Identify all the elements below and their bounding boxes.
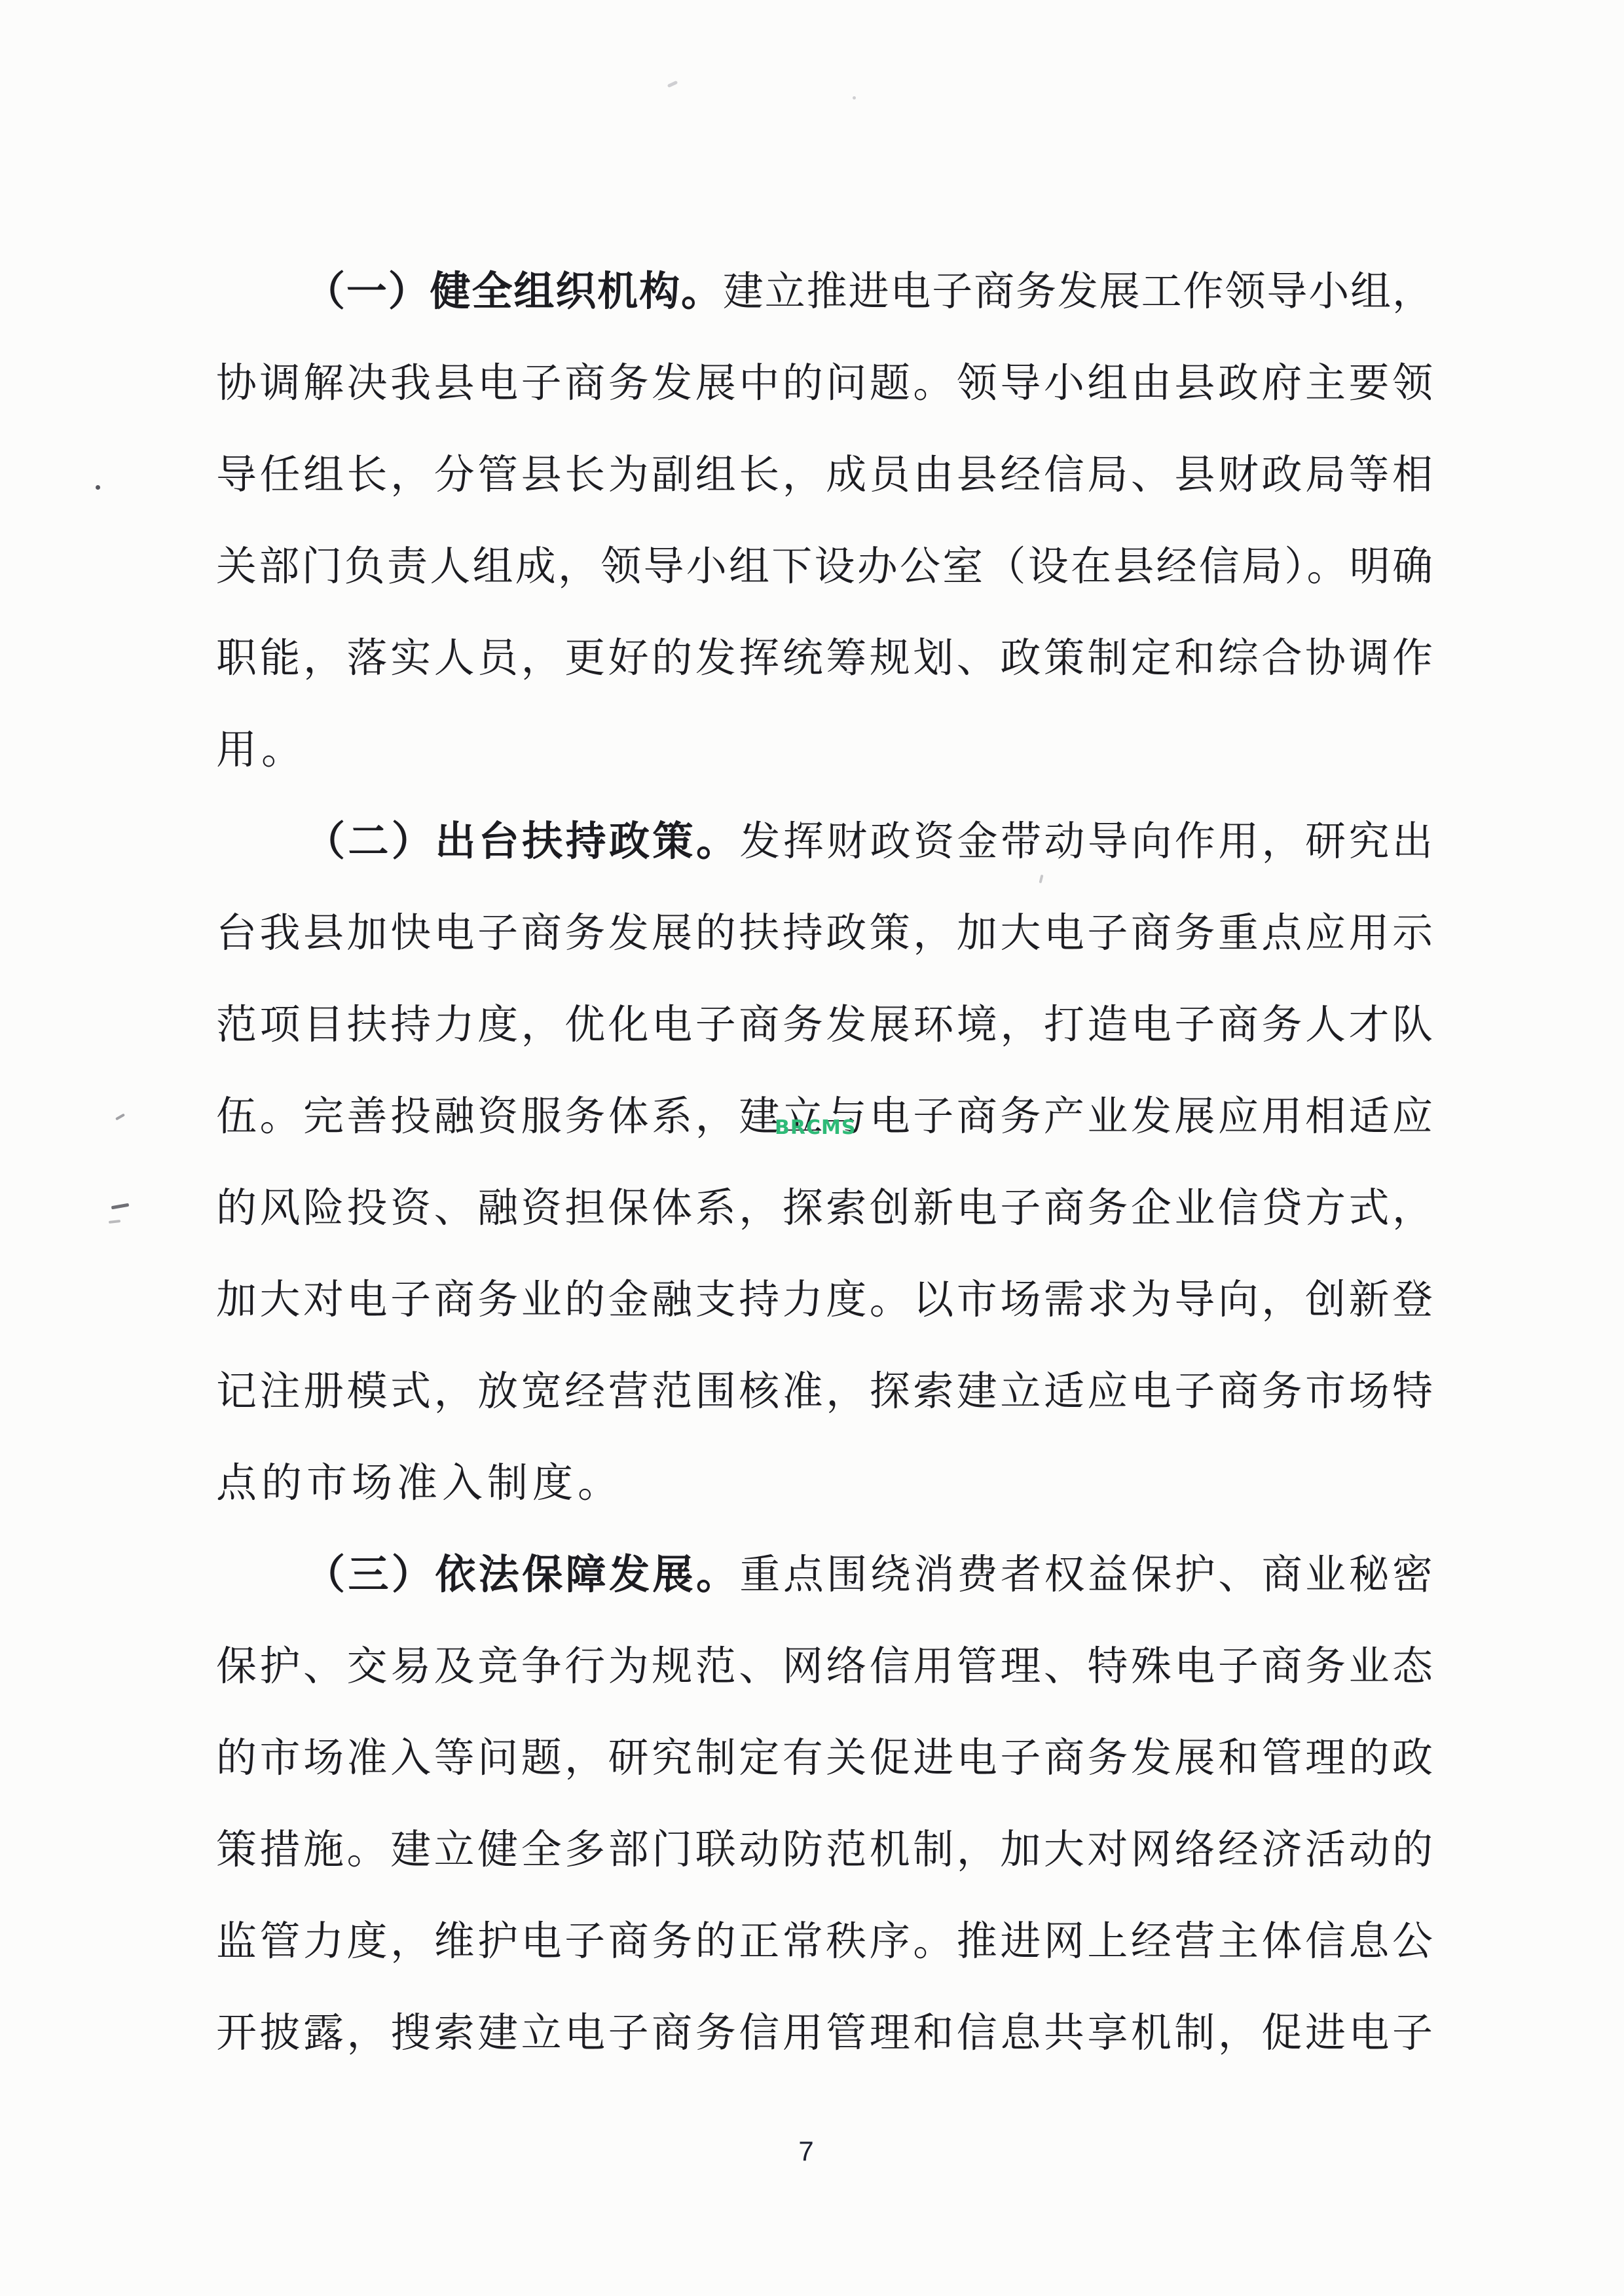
paragraph-text: 建立推进电子商务发展工作领导小组， <box>723 270 1433 314</box>
document-body: （一）健全组织机构。建立推进电子商务发展工作领导小组， 协调解决我县电子商务发展… <box>216 246 1433 2079</box>
paragraph-heading: （三）依法保障发展。 <box>304 1553 739 1597</box>
text-line: 范项目扶持力度，优化电子商务发展环境，打造电子商务人才队 <box>216 979 1433 1071</box>
paragraph-text: 发挥财政资金带动导向作用，研究出 <box>739 820 1433 864</box>
text-line: 导任组长，分管县长为副组长，成员由县经信局、县财政局等相 <box>216 429 1433 521</box>
text-line: （一）健全组织机构。建立推进电子商务发展工作领导小组， <box>216 246 1433 338</box>
text-line: 点的市场准入制度。 <box>216 1438 1433 1529</box>
document-page: （一）健全组织机构。建立推进电子商务发展工作领导小组， 协调解决我县电子商务发展… <box>0 0 1624 2296</box>
text-line: 协调解决我县电子商务发展中的问题。领导小组由县政府主要领 <box>216 338 1433 429</box>
text-line: 加大对电子商务业的金融支持力度。以市场需求为导向，创新登 <box>216 1254 1433 1346</box>
scan-artifact <box>109 1220 120 1224</box>
text-line: 台我县加快电子商务发展的扶持政策，加大电子商务重点应用示 <box>216 888 1433 979</box>
watermark-text: BRCMS <box>775 1116 856 1139</box>
paragraph-heading: （一）健全组织机构。 <box>304 270 723 314</box>
text-line: 开披露，搜索建立电子商务信用管理和信息共享机制，促进电子 <box>216 1988 1433 2079</box>
text-line: 保护、交易及竞争行为规范、网络信用管理、特殊电子商务业态 <box>216 1621 1433 1713</box>
text-line: 的风险投资、融资担保体系，探索创新电子商务企业信贷方式， <box>216 1163 1433 1254</box>
paragraph-text: 重点围绕消费者权益保护、商业秘密 <box>739 1553 1433 1597</box>
text-line: 监管力度，维护电子商务的正常秩序。推进网上经营主体信息公 <box>216 1896 1433 1988</box>
scan-artifact <box>667 81 678 88</box>
text-line: 用。 <box>216 704 1433 796</box>
text-line: （二）出台扶持政策。发挥财政资金带动导向作用，研究出 <box>216 796 1433 888</box>
scan-artifact <box>115 1114 125 1121</box>
paragraph-heading: （二）出台扶持政策。 <box>304 820 739 864</box>
scan-artifact <box>96 485 100 490</box>
text-line: （三）依法保障发展。重点围绕消费者权益保护、商业秘密 <box>216 1529 1433 1621</box>
text-line: 的市场准入等问题，研究制定有关促进电子商务发展和管理的政 <box>216 1713 1433 1804</box>
text-line: 记注册模式，放宽经营范围核准，探索建立适应电子商务市场特 <box>216 1346 1433 1438</box>
text-line: 职能，落实人员，更好的发挥统筹规划、政策制定和综合协调作 <box>216 613 1433 704</box>
scan-artifact <box>111 1203 129 1210</box>
text-line: 策措施。建立健全多部门联动防范机制，加大对网络经济活动的 <box>216 1804 1433 1896</box>
scan-artifact <box>853 96 856 100</box>
text-line: 关部门负责人组成，领导小组下设办公室（设在县经信局）。明确 <box>216 521 1433 613</box>
page-number: 7 <box>741 2136 872 2167</box>
